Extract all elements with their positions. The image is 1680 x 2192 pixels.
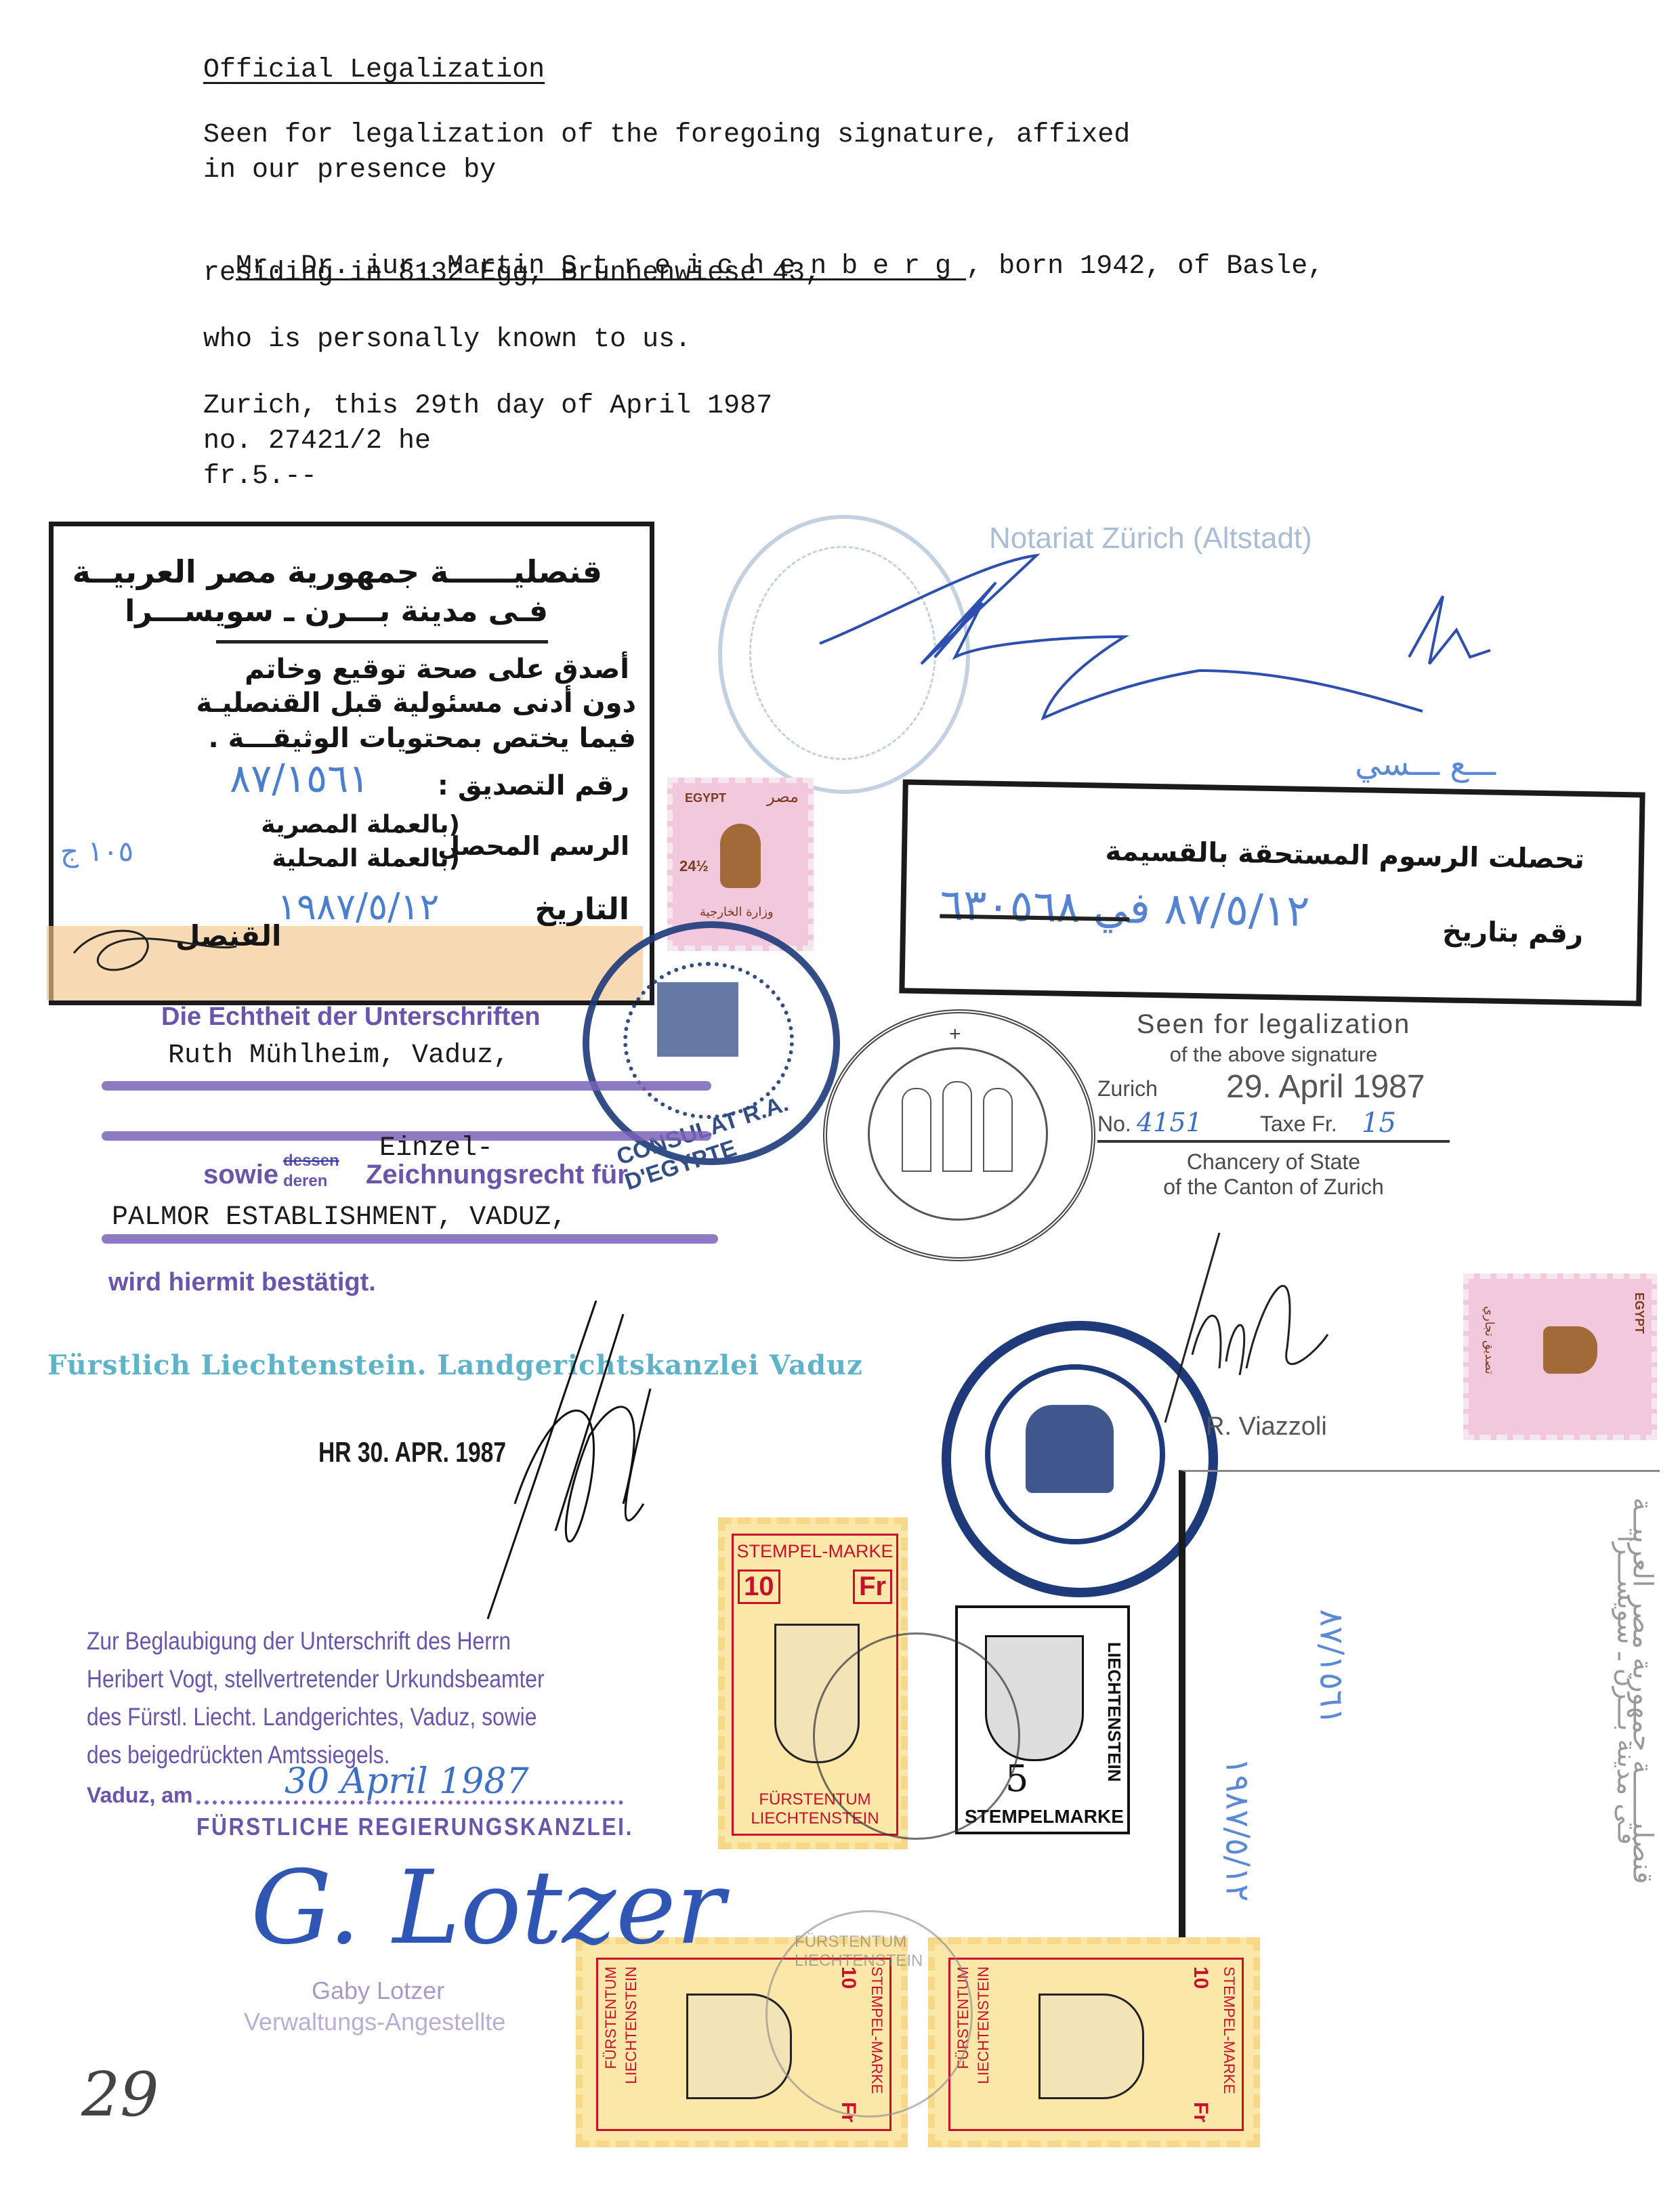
egypt-revenue-stamp-2: EGYPT تصديق تجاري xyxy=(1463,1273,1657,1440)
chancery-title: Seen for legalization xyxy=(1097,1009,1450,1040)
company-name: PALMOR ESTABLISHMENT, VADUZ, xyxy=(112,1202,567,1234)
cert-line-3: des Fürstl. Liecht. Landgerichtes, Vaduz… xyxy=(87,1698,545,1736)
viazzoli-name: R. Viazzoli xyxy=(1206,1412,1327,1441)
consulate-line-2: فـى مدينة بـــرن ـ سويســـرا xyxy=(125,594,548,629)
no-value: 4151 xyxy=(1137,1108,1202,1137)
stamp-country-en: EGYPT xyxy=(685,791,726,805)
body-line-2: in our presence by xyxy=(203,154,496,187)
coat-of-arms-icon xyxy=(1038,1994,1144,2099)
fee-local: (بالعملة المحلية xyxy=(272,845,460,872)
stamp-purpose: تصديق تجاري xyxy=(1482,1306,1496,1374)
consulate-line-4: دون أدنى مسئولية قبل القنصليـة xyxy=(196,688,636,719)
court-office-title: Fürstlich Liechtenstein. Landgerichtskan… xyxy=(47,1349,863,1381)
stamp-top-label: STEMPEL-MARKE xyxy=(1220,1966,1238,2094)
zurich-chancery-stamp: Seen for legalization of the above signa… xyxy=(1097,1009,1450,1200)
place-date-line: Zurich, this 29th day of April 1987 xyxy=(203,390,772,423)
known-line: who is personally known to us. xyxy=(203,324,691,356)
body-line-1: Seen for legalization of the foregoing s… xyxy=(203,119,1130,152)
confirmed-person: Ruth Mühlheim, Vaduz, xyxy=(168,1040,509,1072)
page-number: 29 xyxy=(81,2059,159,2130)
zurich-city-seal: + xyxy=(823,1009,1095,1261)
stamp-frame: FÜRSTENTUM LIECHTENSTEIN STEMPEL-MARKE 1… xyxy=(948,1958,1244,2131)
reference-number: no. 27421/2 he xyxy=(203,425,431,458)
signatory-title: Verwaltungs-Angestellte xyxy=(244,2008,505,2036)
consul-signature xyxy=(60,906,264,987)
saint-figure-icon xyxy=(902,1088,931,1172)
authenticity-header: Die Echtheit der Unterschriften xyxy=(161,1003,541,1032)
chancery-subtitle: of the above signature xyxy=(1097,1042,1450,1067)
eagle-emblem-icon xyxy=(657,982,738,1057)
cross-icon: + xyxy=(949,1023,961,1046)
court-signature xyxy=(474,1301,677,1626)
consulate-line-1: قنصليــــــة جمهورية مصر العربيــة xyxy=(72,553,602,590)
fee-egyptian: (بالعملة المصرية xyxy=(261,811,460,839)
stamp-country-ar: مصر xyxy=(767,787,799,806)
dessen-label: dessen xyxy=(283,1152,339,1171)
document-title: Official Legalization xyxy=(203,54,545,87)
line xyxy=(102,1234,718,1244)
rotated-ref-value: ٨٧/١٥٦١ xyxy=(1312,1609,1350,1725)
sowie-label: sowie xyxy=(203,1160,278,1190)
signatory-name: Gaby Lotzer xyxy=(312,1977,444,2005)
chancery-issuer-2: of the Canton of Zurich xyxy=(1097,1175,1450,1200)
lotzer-signature: G. Lotzer xyxy=(251,1849,725,1967)
deren-label: deren xyxy=(283,1172,327,1191)
fee-line: fr.5.-- xyxy=(203,461,317,493)
eagle-emblem-icon xyxy=(1543,1326,1597,1374)
government-office: FÜRSTLICHE REGIERUNGSKANZLEI. xyxy=(196,1813,633,1841)
liechtenstein-stamp-10fr-rotated-2: FÜRSTENTUM LIECHTENSTEIN STEMPEL-MARKE 1… xyxy=(928,1937,1260,2147)
stamp-side-label: LIECHTENSTEIN xyxy=(1104,1642,1125,1782)
ref-value: ٨٧/١٥٦١ xyxy=(230,755,369,801)
handwritten-arabic-note: ـــع ـــسي xyxy=(1355,745,1496,783)
rotated-date-value: ١٩٨٧/٥/١٢ xyxy=(1218,1758,1256,1902)
liechtenstein-seal-text: FÜRSTENTUM LIECHTENSTEIN xyxy=(795,1933,971,1970)
chancery-issuer-1: Chancery of State xyxy=(1097,1150,1450,1175)
tax-value: 15 xyxy=(1362,1108,1396,1139)
date-label: التاريخ xyxy=(534,892,629,927)
liechtenstein-seal: FÜRSTENTUM LIECHTENSTEIN xyxy=(765,1910,973,2117)
receipt-line-1: تحصلت الرسوم المستحقة بالقسيمة xyxy=(1105,836,1584,875)
stamp-value: 10 xyxy=(1189,1966,1212,1989)
receipt-handwritten: ٨٧/٥/١٢ في ٦٣٠٥٦٨ xyxy=(940,880,1310,937)
consulate-seal: CONSULAT R.A. D'EGYPTE xyxy=(583,921,840,1165)
confirmed-text: wird hiermit bestätigt. xyxy=(108,1268,376,1297)
no-label: No. xyxy=(1097,1112,1131,1137)
stamp-bottom-2: LIECHTENSTEIN xyxy=(975,1966,992,2084)
saint-figure-icon xyxy=(983,1088,1013,1172)
tax-label: Taxe Fr. xyxy=(1260,1112,1337,1137)
saint-figure-icon xyxy=(942,1081,972,1172)
address-line: residing in 8132 Egg, Brunnenwiese 43, xyxy=(203,257,821,290)
eagle-emblem-icon xyxy=(720,824,761,888)
stamp-unit: Fr xyxy=(853,1569,892,1604)
receipt-box: تحصلت الرسوم المستحقة بالقسيمة رقم بتاري… xyxy=(899,779,1645,1006)
date-value: ١٩٨٧/٥/١٢ xyxy=(277,885,439,928)
chancery-date: 29. April 1987 xyxy=(1226,1068,1425,1105)
chancery-place: Zurich xyxy=(1097,1076,1158,1101)
chancery-signature xyxy=(1152,1219,1382,1436)
rotated-consulate-stamp: قنصليــــــة جمهورية مصر العربيــة فـى م… xyxy=(1179,1470,1660,1946)
fee-label: الرسم المحصل xyxy=(438,831,629,861)
stamp-unit: Fr xyxy=(1189,2102,1212,2122)
stamp-top-label: STEMPEL-MARKE xyxy=(734,1541,896,1562)
notary-signature xyxy=(779,542,1592,745)
government-certification: Zur Beglaubigung der Unterschrift des He… xyxy=(87,1622,545,1774)
signing-right-label: Zeichnungsrecht für xyxy=(366,1160,628,1190)
stamp-value: 24½ xyxy=(679,858,709,875)
cancellation-seal xyxy=(813,1632,1020,1840)
rotated-line-2: فـى مدينة بـــرن ـ سويســـرا xyxy=(1612,1536,1642,1845)
stamp-bottom-2: LIECHTENSTEIN xyxy=(623,1966,640,2084)
name-suffix: , born 1942, of Basle, xyxy=(966,251,1324,282)
fee-handwritten: ١٠٥ ج xyxy=(60,835,133,868)
stamp-value: 10 xyxy=(738,1569,780,1604)
line xyxy=(102,1081,711,1091)
cert-line-2: Heribert Vogt, stellvertretender Urkunds… xyxy=(87,1660,545,1698)
egypt-consulate-box: قنصليــــــة جمهورية مصر العربيــة فـى م… xyxy=(49,522,654,1005)
consulate-line-5: فيما يختص بمحتويات الوثيقـــة . xyxy=(208,723,636,754)
eagle-emblem-icon xyxy=(1026,1405,1114,1493)
ref-label: رقم التصديق : xyxy=(438,770,629,801)
divider xyxy=(216,640,548,644)
stamp-bottom-1: FÜRSTENTUM xyxy=(602,1966,620,2069)
handwritten-date: 30 April 1987 xyxy=(285,1761,529,1802)
cert-line-1: Zur Beglaubigung der Unterschrift des He… xyxy=(87,1622,545,1660)
receipt-line-2-label: رقم بتاريخ xyxy=(1442,916,1584,950)
stamp-ministry: وزارة الخارجية xyxy=(700,905,774,919)
stamp-country-en: EGYPT xyxy=(1632,1292,1646,1334)
place-label: Vaduz, am xyxy=(87,1783,193,1808)
consulate-line-3: أصدق على صحة توقيع وخاتم xyxy=(245,654,629,685)
